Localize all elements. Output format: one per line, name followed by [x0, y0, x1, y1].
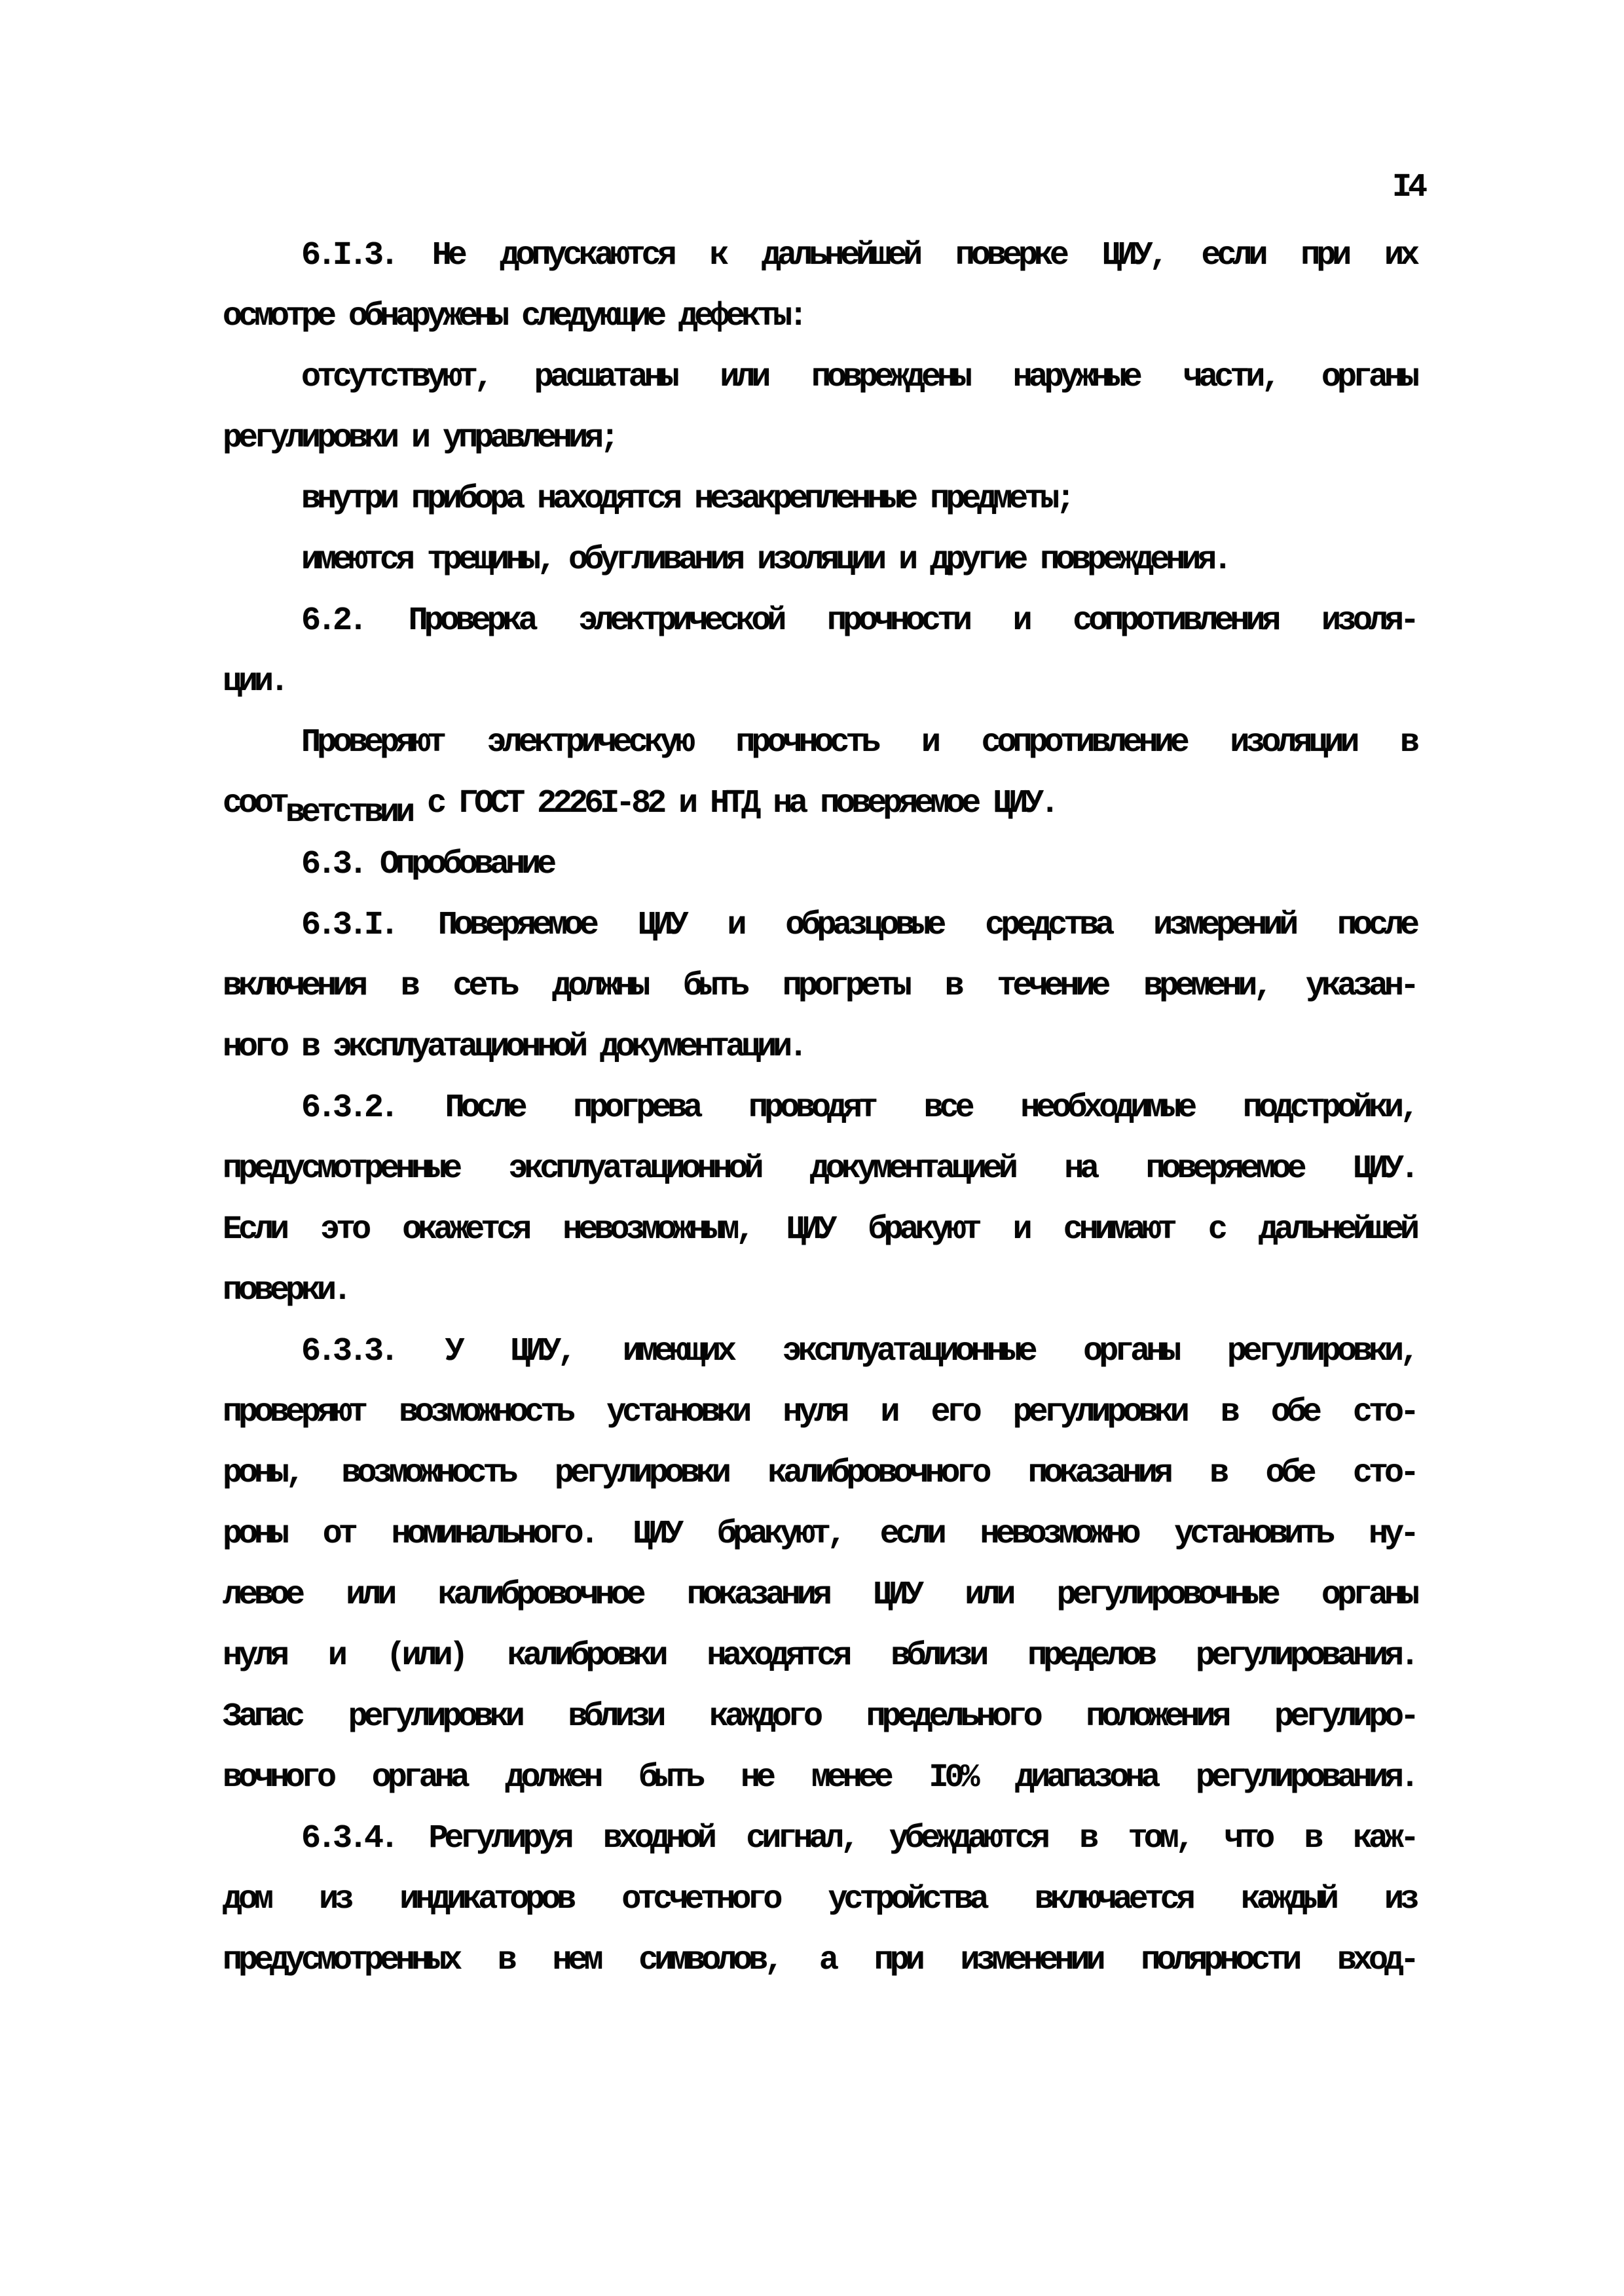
text-line: 6.3.4. Регулируя входной сигнал, убеждаю…: [223, 1808, 1416, 1869]
text-line: Проверяют электрическую прочность и сопр…: [223, 712, 1416, 773]
text-line: левое или калибровочное показания ЦИУ ил…: [223, 1565, 1416, 1626]
text-line: нуля и (или) калибровки находятся вблизи…: [223, 1626, 1416, 1686]
body-text: 6.I.3. Не допускаются к дальнейшей повер…: [223, 225, 1416, 1991]
text-line: внутри прибора находятся незакрепленные …: [223, 469, 1416, 530]
text-segment: соот: [223, 785, 286, 822]
text-line: регулировки и управления;: [223, 408, 1416, 469]
text-line: 6.3.3. У ЦИУ, имеющих эксплуатационные о…: [223, 1321, 1416, 1382]
text-line: отсутствуют, расшатаны или повреждены на…: [223, 347, 1416, 408]
text-line: Если это окажется невозможным, ЦИУ браку…: [223, 1199, 1416, 1260]
text-line: предусмотренные эксплуатационной докумен…: [223, 1139, 1416, 1199]
text-line: соответствии с ГОСТ 2226I-82 и НТД на по…: [223, 773, 1416, 834]
text-line: предусмотренных в нем символов, а при из…: [223, 1930, 1416, 1991]
text-line: роны от номинального. ЦИУ бракуют, если …: [223, 1504, 1416, 1565]
text-line: дом из индикаторов отсчетного устройства…: [223, 1869, 1416, 1930]
text-line: поверки.: [223, 1260, 1416, 1321]
text-line: ного в эксплуатационной документации.: [223, 1017, 1416, 1078]
text-line: 6.3.2. После прогрева проводят все необх…: [223, 1078, 1416, 1139]
text-line: 6.2. Проверка электрической прочности и …: [223, 591, 1416, 651]
scanned-page: I4 6.I.3. Не допускаются к дальнейшей по…: [0, 0, 1624, 2296]
text-line: 6.3.I. Поверяемое ЦИУ и образцовые средс…: [223, 895, 1416, 956]
text-line: ции.: [223, 651, 1416, 712]
text-segment: с ГОСТ 2226I-82 и НТД на поверяемое ЦИУ.: [411, 785, 1056, 822]
dropped-baseline-text: ветствии: [286, 794, 411, 831]
text-line: 6.I.3. Не допускаются к дальнейшей повер…: [223, 225, 1416, 286]
text-line: 6.3. Опробование: [223, 834, 1416, 895]
text-line: имеются трещины, обугливания изоляции и …: [223, 530, 1416, 591]
page-number: I4: [1392, 172, 1424, 204]
text-line: вочного органа должен быть не менее I0% …: [223, 1747, 1416, 1808]
text-line: проверяют возможность установки нуля и е…: [223, 1382, 1416, 1443]
text-line: осмотре обнаружены следующие дефекты:: [223, 286, 1416, 347]
text-line: роны, возможность регулировки калибровоч…: [223, 1443, 1416, 1504]
text-line: Запас регулировки вблизи каждого предель…: [223, 1686, 1416, 1747]
text-line: включения в сеть должны быть прогреты в …: [223, 956, 1416, 1017]
